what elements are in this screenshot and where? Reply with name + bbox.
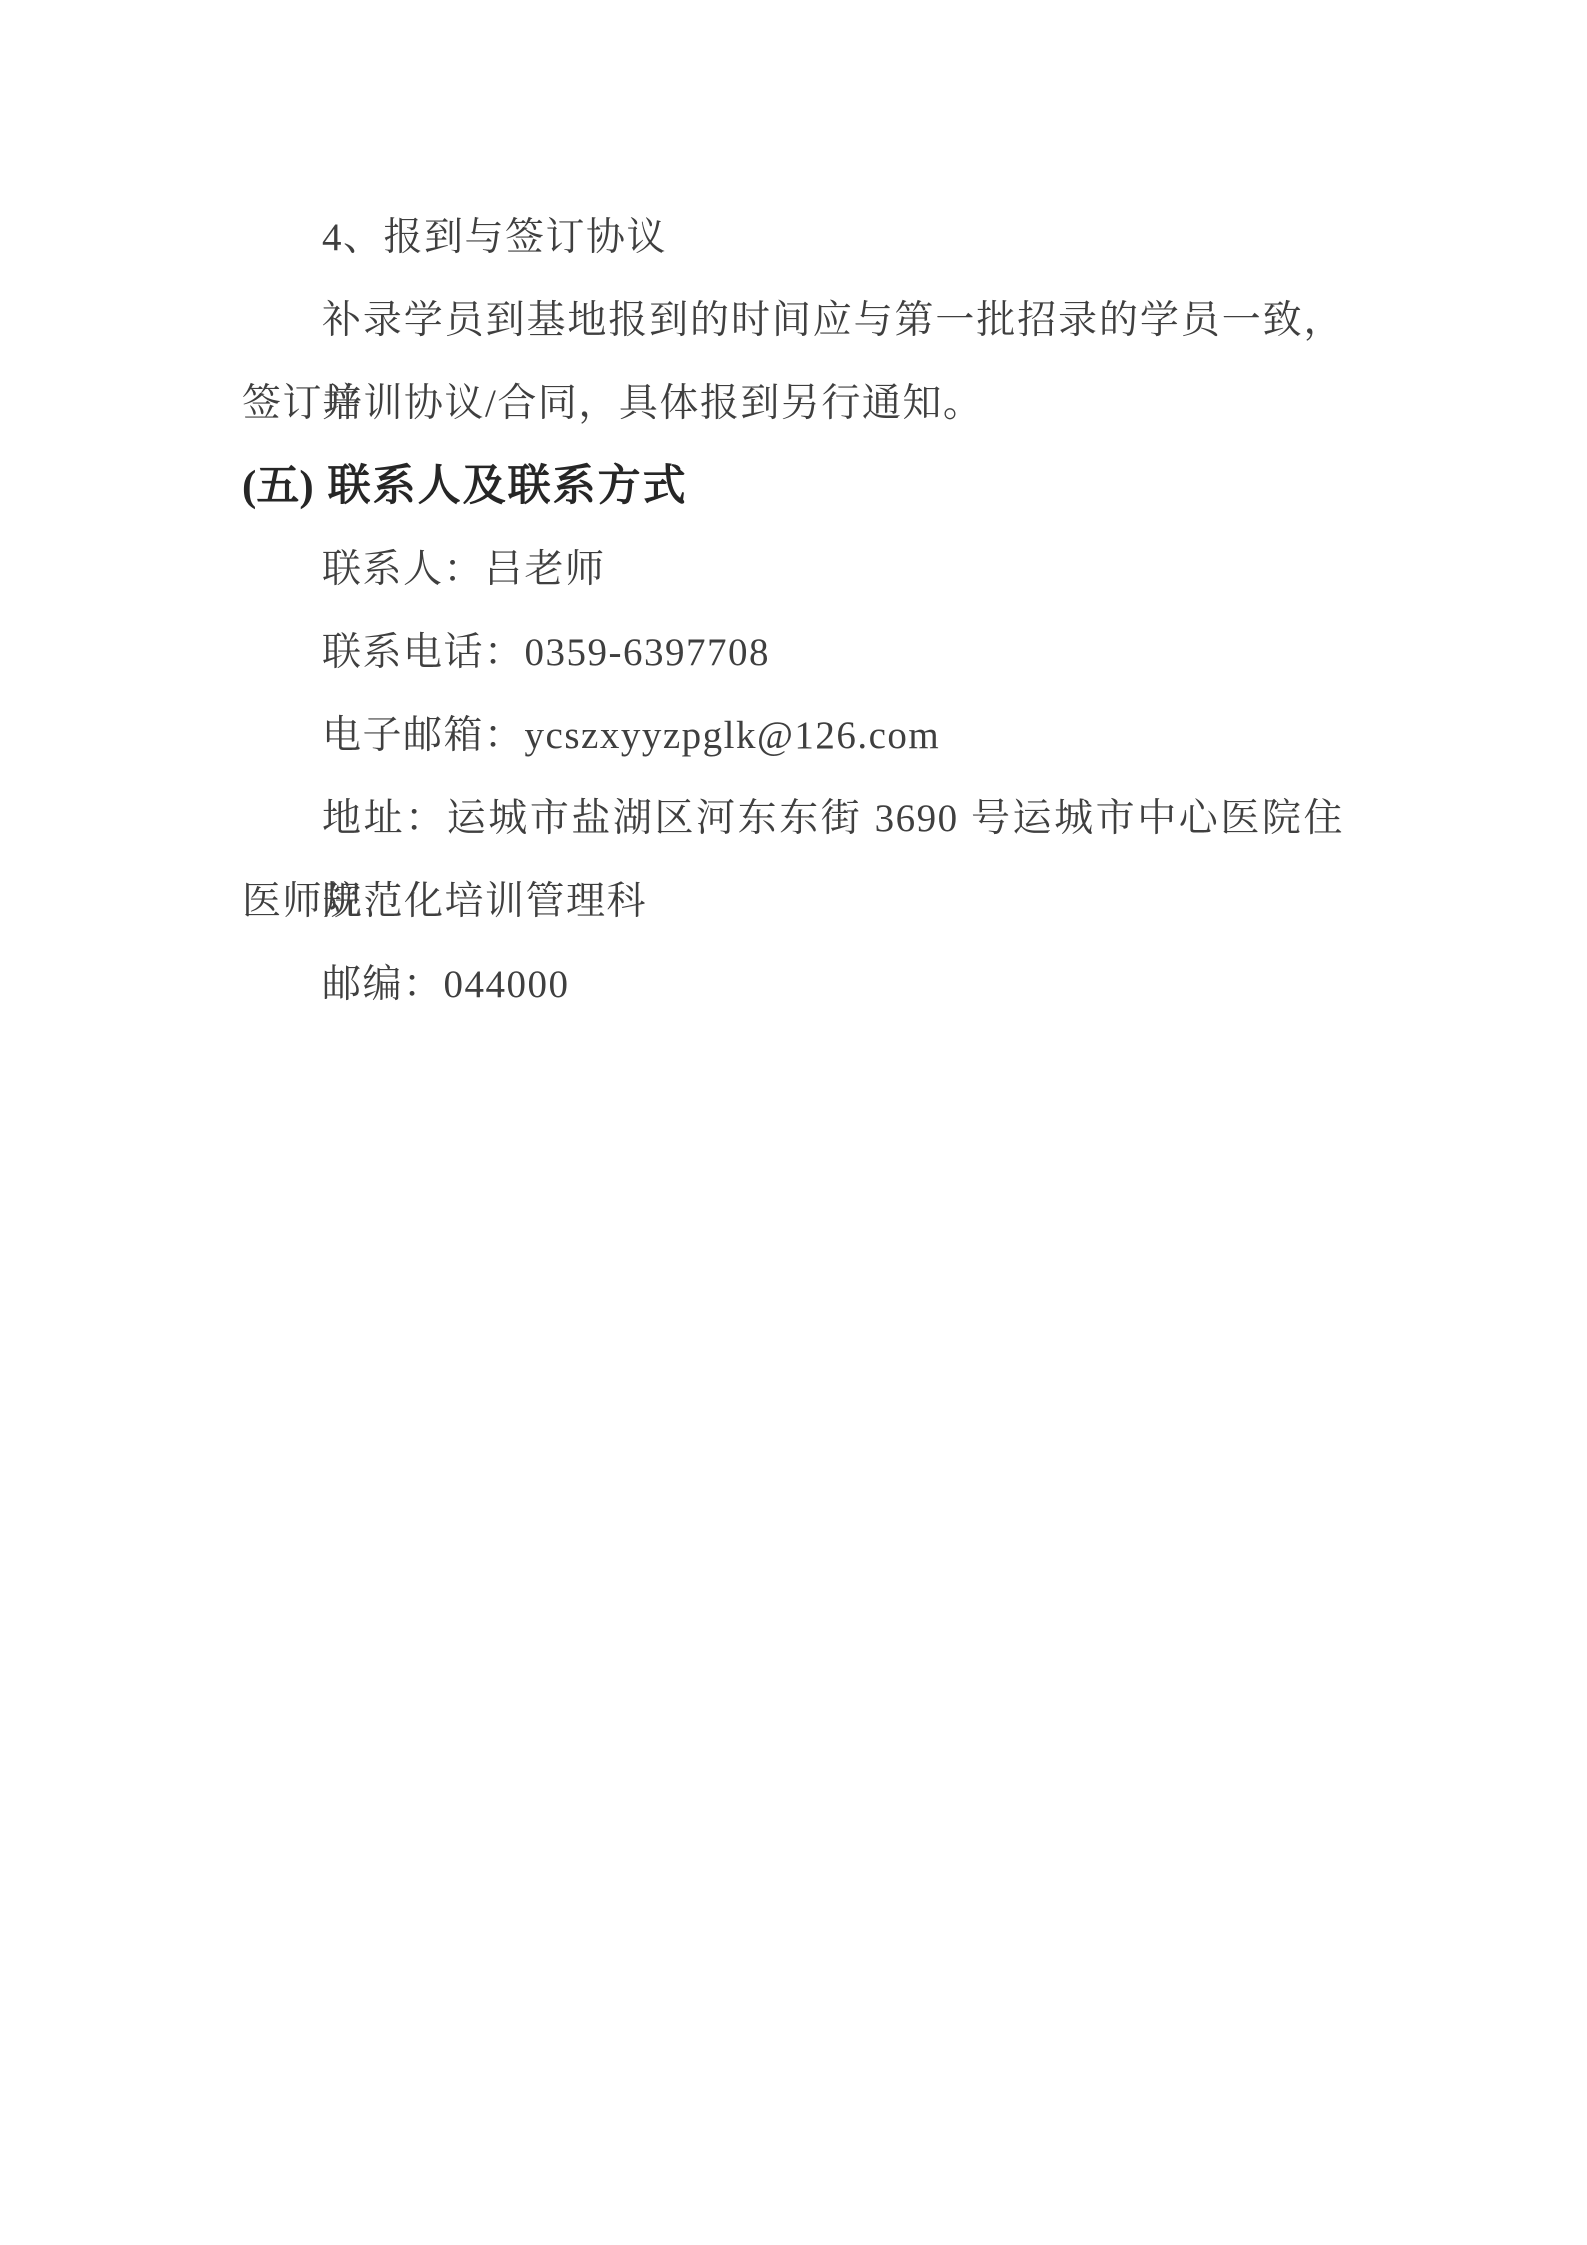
contact-phone-line: 联系电话：0359-6397708 xyxy=(242,611,1344,694)
contact-email-value: ycszxyyzpglk@126.com xyxy=(525,714,941,757)
contact-address-label: 地址： xyxy=(322,797,447,840)
contact-email-label: 电子邮箱： xyxy=(322,714,525,757)
contact-person-label: 联系人： xyxy=(322,548,484,591)
contact-postcode-label: 邮编： xyxy=(322,963,444,1006)
contact-postcode-line: 邮编：044000 xyxy=(242,943,1344,1026)
page-content: 4、报到与签订协议 补录学员到基地报到的时间应与第一批招录的学员一致，并 签订培… xyxy=(242,196,1344,1026)
contact-phone-label: 联系电话： xyxy=(322,631,525,674)
document-page: 4、报到与签订协议 补录学员到基地报到的时间应与第一批招录的学员一致，并 签订培… xyxy=(0,0,1587,2245)
item4-body-line2: 签订培训协议/合同，具体报到另行通知。 xyxy=(242,362,1344,445)
contact-postcode-value: 044000 xyxy=(444,963,570,1006)
contact-email-line: 电子邮箱：ycszxyyzpglk@126.com xyxy=(242,694,1344,777)
section5-heading-title: 联系人及联系方式 xyxy=(328,463,688,510)
contact-person-value: 吕老师 xyxy=(484,548,606,591)
contact-person-line: 联系人：吕老师 xyxy=(242,528,1344,611)
item4-title: 4、报到与签订协议 xyxy=(242,196,1344,279)
section5-heading-number: (五) xyxy=(242,463,314,510)
section5-heading: (五)联系人及联系方式 xyxy=(242,445,1344,528)
contact-address-line1: 地址：运城市盐湖区河东东街 3690 号运城市中心医院住院 xyxy=(242,777,1344,860)
contact-address-line2: 医师规范化培训管理科 xyxy=(242,860,1344,943)
item4-body-line1: 补录学员到基地报到的时间应与第一批招录的学员一致，并 xyxy=(242,279,1344,362)
contact-phone-value: 0359-6397708 xyxy=(525,631,771,674)
